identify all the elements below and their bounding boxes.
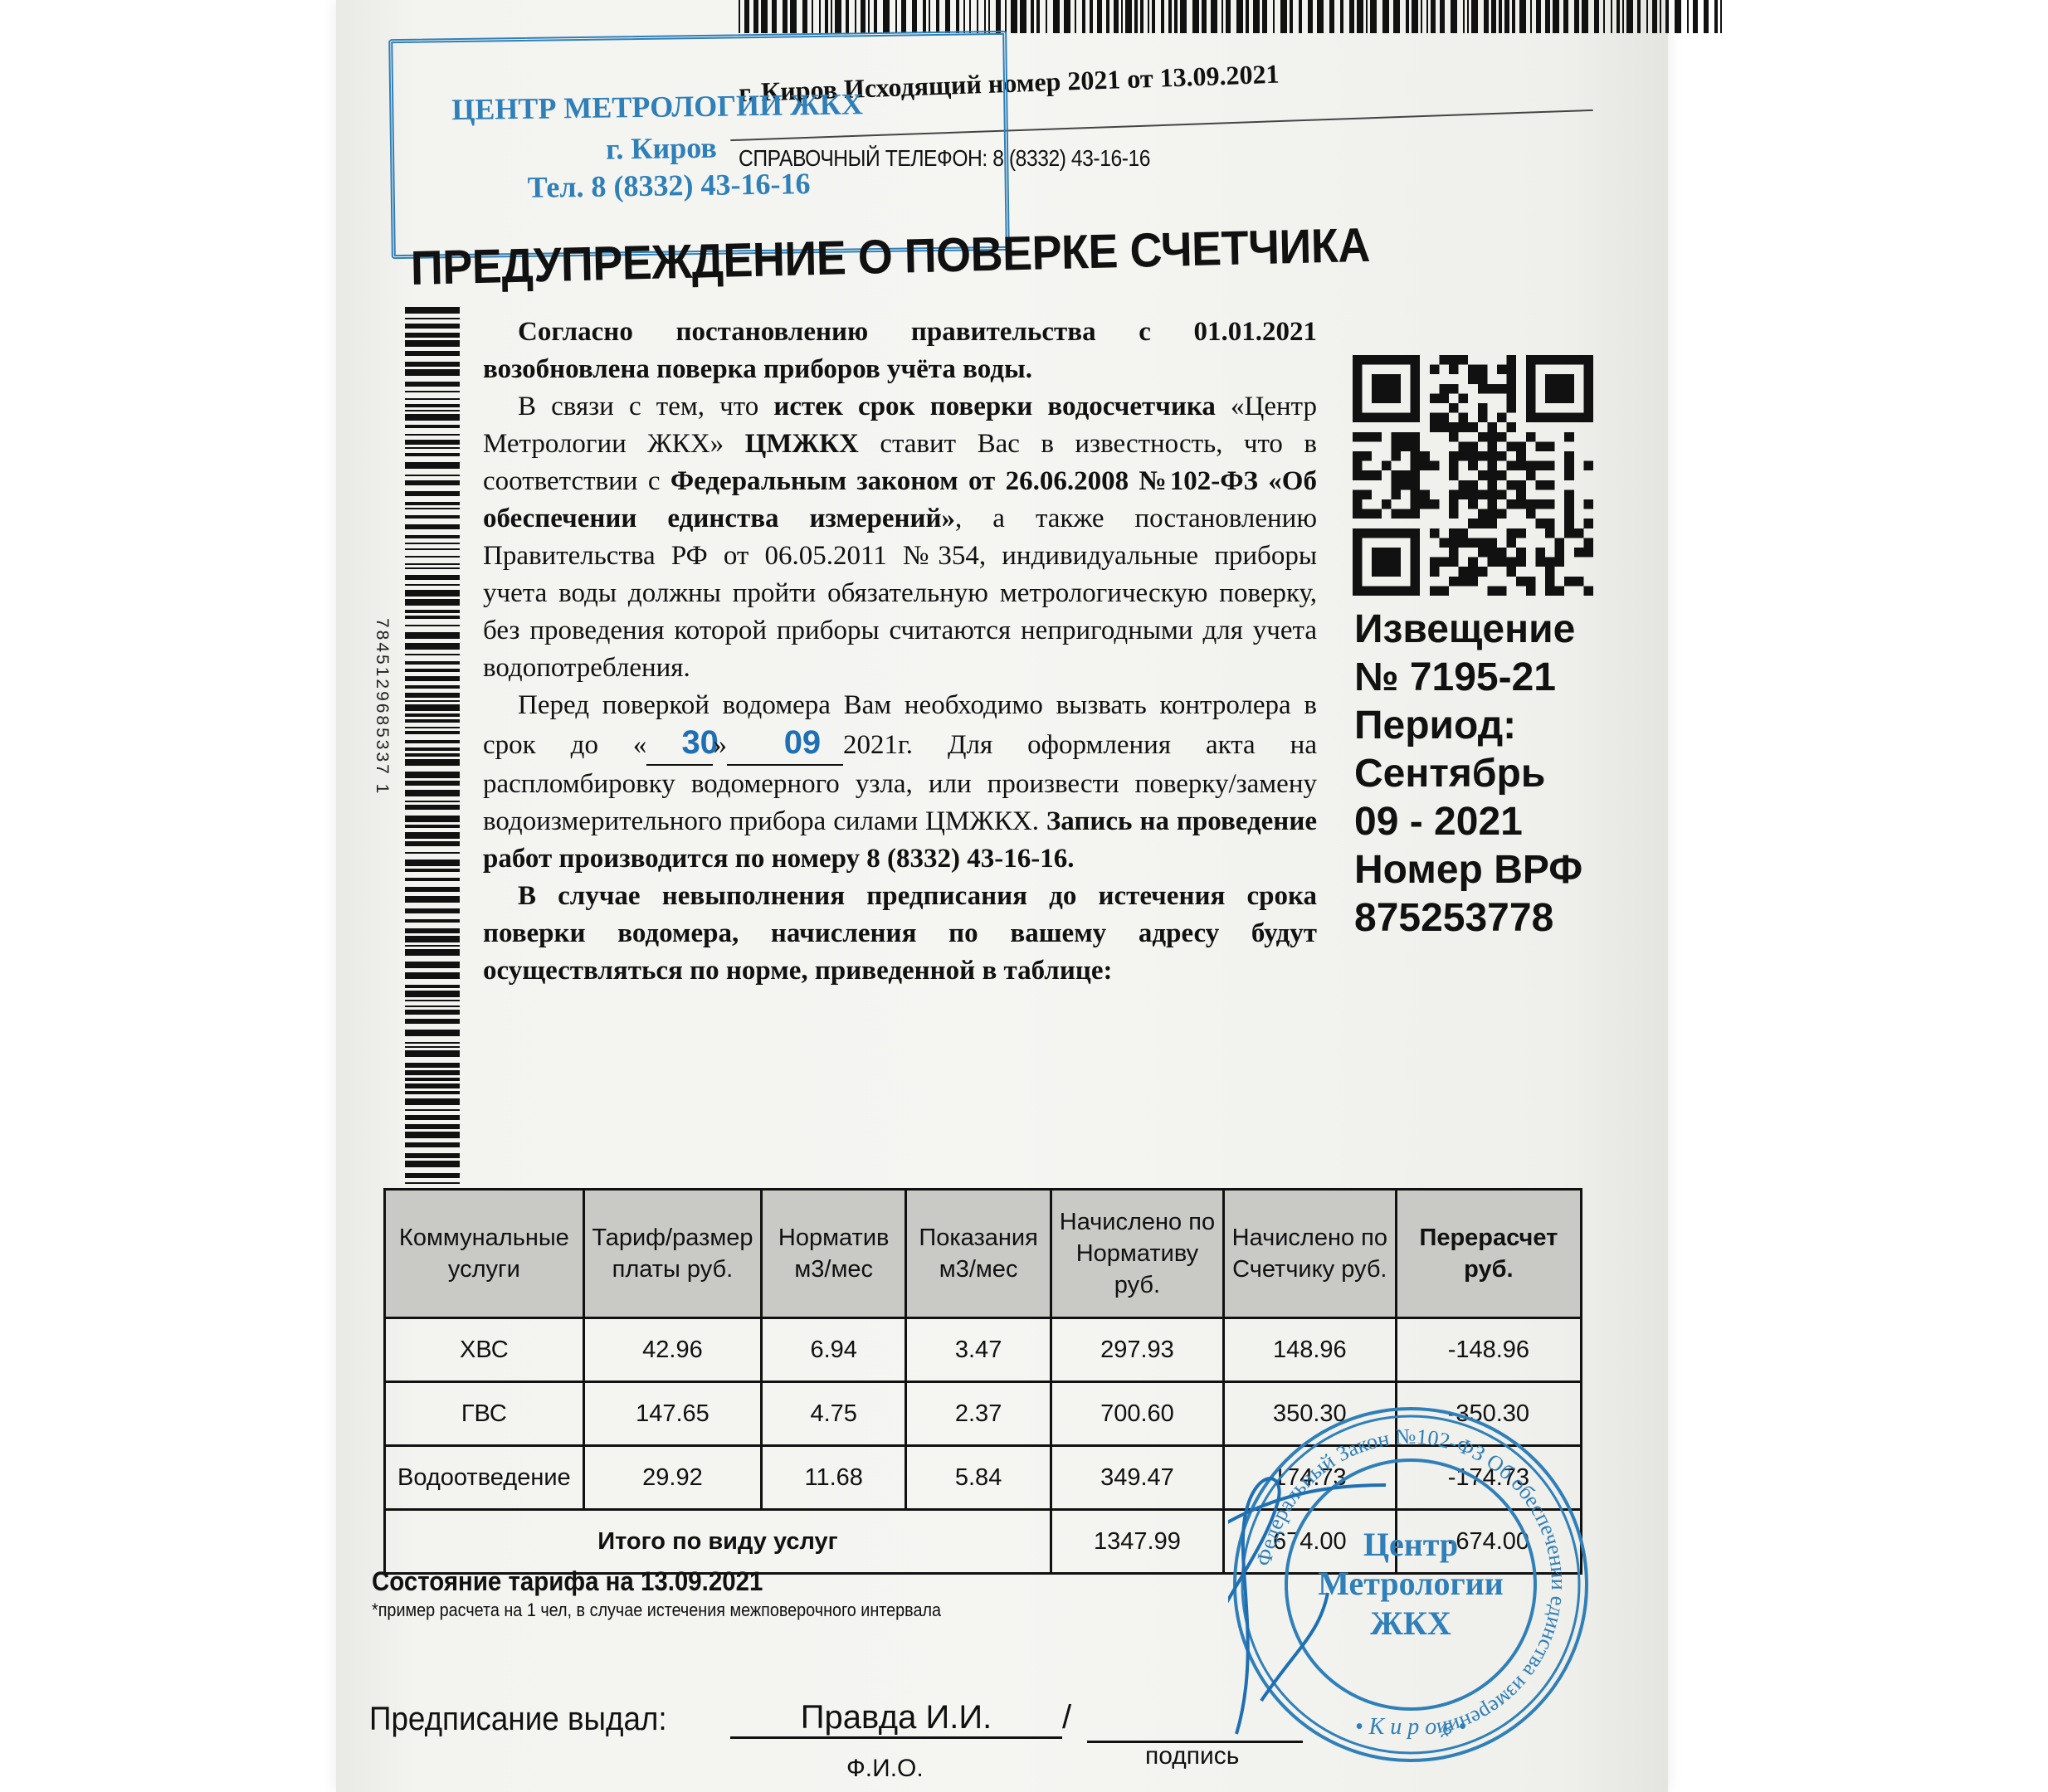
table-cell: 2.37 xyxy=(906,1382,1051,1446)
table-cell: 5.84 xyxy=(906,1446,1051,1510)
seal-line-2: Метрологии xyxy=(1318,1565,1504,1602)
table-header-row: Коммунальные услуги Тариф/размер платы р… xyxy=(385,1190,1582,1318)
deadline-day-field: 30 xyxy=(646,724,713,766)
paragraph-3: Перед поверкой водомера Вам необходимо в… xyxy=(483,687,1317,878)
notice-number: № 7195-21 xyxy=(1354,654,1582,702)
barcode-number: 7845129685337 1 xyxy=(372,618,392,796)
notice-info: Извещение № 7195-21 Период: Сентябрь 09 … xyxy=(1354,606,1582,942)
table-cell: 6.94 xyxy=(762,1318,906,1382)
col-charged-norm: Начислено по Нормативу руб. xyxy=(1051,1190,1223,1318)
vrf-label: Номер ВРФ xyxy=(1354,846,1582,894)
p2-bold: ЦМЖКХ xyxy=(745,429,859,459)
vrf-value: 875253778 xyxy=(1354,894,1582,942)
issuer-name: Правда И.И. xyxy=(730,1699,1062,1739)
table-cell: 297.93 xyxy=(1051,1318,1223,1382)
calculation-note: *пример расчета на 1 чел, в случае истеч… xyxy=(372,1600,941,1621)
notice-body: Согласно постановлению правительства с 0… xyxy=(483,314,1317,990)
total-label: Итого по виду услуг xyxy=(385,1510,1051,1574)
col-readings: Показания м3/мес xyxy=(906,1190,1051,1318)
total-by-norm: 1347.99 xyxy=(1051,1510,1223,1574)
period-month: Сентябрь xyxy=(1354,750,1582,798)
col-charged-meter: Начислено по Счетчику руб. xyxy=(1223,1190,1396,1318)
period-value: 09 - 2021 xyxy=(1354,798,1582,846)
phone-value: 8 (8332) 43-16-16 xyxy=(992,145,1150,171)
deadline-month: 09 xyxy=(784,724,822,761)
table-cell: 4.75 xyxy=(762,1382,906,1446)
table-cell: -148.96 xyxy=(1396,1318,1581,1382)
seal-line-1: Центр xyxy=(1363,1526,1458,1563)
tariff-state: Состояние тарифа на 13.09.2021 xyxy=(372,1566,763,1597)
stamp-org-name: ЦЕНТР МЕТРОЛОГИИ ЖКХ xyxy=(451,86,863,127)
left-barcode xyxy=(405,307,461,1145)
stamp-city: г. Киров xyxy=(606,130,717,167)
issued-by-label: Предписание выдал: xyxy=(369,1701,667,1738)
table-cell: 700.60 xyxy=(1051,1382,1223,1446)
seal-line-3: ЖКХ xyxy=(1370,1605,1451,1642)
p2-text: В связи с тем, что xyxy=(518,392,773,421)
notice-label: Извещение xyxy=(1354,606,1582,654)
col-service: Коммунальные услуги xyxy=(385,1190,584,1318)
table-cell: 3.47 xyxy=(906,1318,1051,1382)
top-barcode xyxy=(739,0,1568,33)
seal-city: • К и р о в • xyxy=(1355,1714,1466,1740)
organization-stamp: ЦЕНТР МЕТРОЛОГИИ ЖКХ г. Киров Тел. 8 (83… xyxy=(388,31,1010,259)
p2-bold: истек срок поверки водосчетчика xyxy=(773,392,1215,421)
p3-text: » xyxy=(713,730,727,760)
col-tariff: Тариф/размер платы руб. xyxy=(583,1190,761,1318)
table-cell: 147.65 xyxy=(583,1382,761,1446)
table-cell: 148.96 xyxy=(1223,1318,1396,1382)
table-cell: ХВС xyxy=(385,1318,584,1382)
paragraph-4: В случае невыполнения предписания до ист… xyxy=(483,878,1317,990)
round-seal: Федеральный Закон №102-ФЗ Об обеспечении… xyxy=(1228,1402,1593,1767)
fio-caption: Ф.И.О. xyxy=(846,1755,924,1783)
table-row: ХВС42.966.943.47297.93148.96-148.96 xyxy=(385,1318,1582,1382)
col-norm: Норматив м3/мес xyxy=(762,1190,906,1318)
col-recalc: Перерасчет руб. xyxy=(1396,1190,1581,1318)
qr-code xyxy=(1353,355,1593,596)
table-cell: ГВС xyxy=(385,1382,584,1446)
paragraph-1: Согласно постановлению правительства с 0… xyxy=(483,314,1317,388)
deadline-month-field: 09 xyxy=(727,724,843,766)
separator-slash: / xyxy=(1062,1699,1071,1736)
period-label: Период: xyxy=(1354,702,1582,750)
stamp-phone: Тел. 8 (8332) 43-16-16 xyxy=(527,166,810,205)
paragraph-2: В связи с тем, что истек срок поверки во… xyxy=(483,388,1317,687)
table-cell: 349.47 xyxy=(1051,1446,1223,1510)
table-cell: 29.92 xyxy=(583,1446,761,1510)
table-cell: Водоотведение xyxy=(385,1446,584,1510)
signature-caption: подпись xyxy=(1145,1742,1239,1770)
table-cell: 11.68 xyxy=(762,1446,906,1510)
table-cell: 42.96 xyxy=(583,1318,761,1382)
